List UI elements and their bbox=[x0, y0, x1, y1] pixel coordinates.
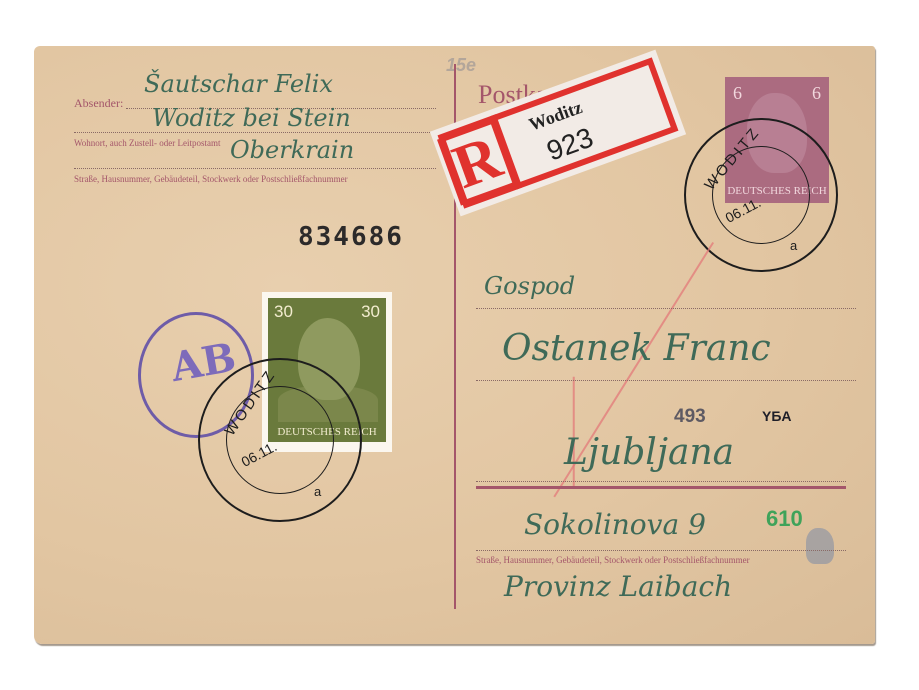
absender-label: Absender: bbox=[74, 96, 123, 111]
dotted-line bbox=[476, 481, 846, 482]
postmark-left: WODITZ 06.11. a bbox=[198, 358, 362, 522]
recipient-city: Ljubljana bbox=[564, 432, 734, 473]
ink-smudge bbox=[806, 528, 834, 564]
dotted-line bbox=[74, 132, 436, 133]
stamp-value-right: 30 bbox=[361, 302, 380, 322]
recipient-salutation: Gospod bbox=[484, 272, 575, 300]
handwritten-sender-name: Šautschar Felix bbox=[144, 70, 333, 98]
city-underline bbox=[476, 486, 846, 489]
pencil-note: 15e bbox=[446, 55, 476, 76]
wohnort-label: Wohnort, auch Zustell- oder Leitpostamt bbox=[74, 138, 221, 148]
black-mark: YБA bbox=[762, 408, 792, 424]
sender-strasse-label: Straße, Hausnummer, Gebäudeteil, Stockwe… bbox=[74, 174, 348, 184]
stamp-value-left: 6 bbox=[733, 83, 742, 104]
handwritten-sender-place: Woditz bei Stein bbox=[152, 104, 351, 132]
dotted-line bbox=[476, 380, 856, 381]
stamp-value-right: 6 bbox=[812, 83, 821, 104]
postmark-suffix: a bbox=[314, 484, 321, 499]
dotted-line bbox=[476, 308, 856, 309]
recipient-province: Provinz Laibach bbox=[504, 570, 732, 603]
recipient-street: Sokolinova 9 bbox=[524, 508, 706, 541]
recipient-strasse-label: Straße, Hausnummer, Gebäudeteil, Stockwe… bbox=[476, 555, 750, 565]
green-number-mark: 610 bbox=[766, 506, 803, 532]
postcard: Absender: Šautschar Felix Woditz bei Ste… bbox=[34, 46, 875, 644]
gray-number-mark: 493 bbox=[674, 406, 706, 428]
handwritten-sender-region: Oberkrain bbox=[230, 136, 354, 164]
dotted-line bbox=[74, 168, 436, 169]
registration-number: 834686 bbox=[298, 222, 404, 252]
recipient-name: Ostanek Franc bbox=[502, 328, 771, 369]
postmark-suffix: a bbox=[790, 238, 797, 253]
dotted-line bbox=[476, 550, 846, 551]
stamp-value-left: 30 bbox=[274, 302, 293, 322]
